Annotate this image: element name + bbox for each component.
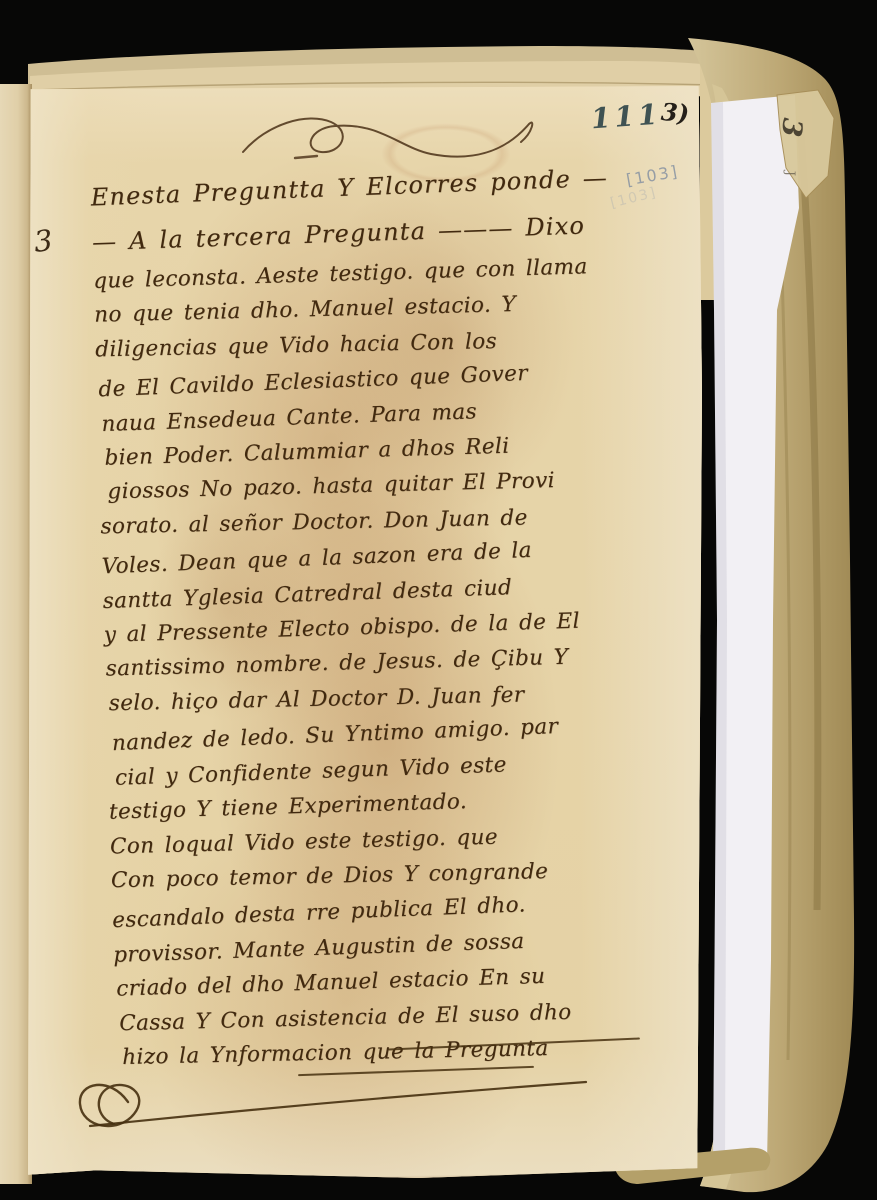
white-paper-insert	[711, 95, 799, 1167]
parchment-flap	[777, 90, 834, 198]
paper-crease	[68, 1171, 688, 1190]
parchment-cover	[688, 38, 854, 1192]
margin-question-number: 3	[32, 223, 54, 259]
signature-paraph-icon	[66, 1068, 606, 1154]
binding-gutter	[0, 84, 32, 1184]
photographed-manuscript: Enesta Preguntta Y Elcorres ponde —— A l…	[0, 0, 877, 1200]
manuscript-lines: Enesta Preguntta Y Elcorres ponde —— A l…	[90, 155, 692, 1078]
fore-edge-letter: J	[782, 171, 797, 176]
folio-number-ink: 3)	[660, 97, 690, 128]
torn-cover-edge	[700, 84, 757, 1189]
folio-number-pen: 111	[590, 98, 663, 136]
fore-edge-number: 3	[775, 117, 808, 139]
fore-edge-pages	[700, 58, 839, 300]
